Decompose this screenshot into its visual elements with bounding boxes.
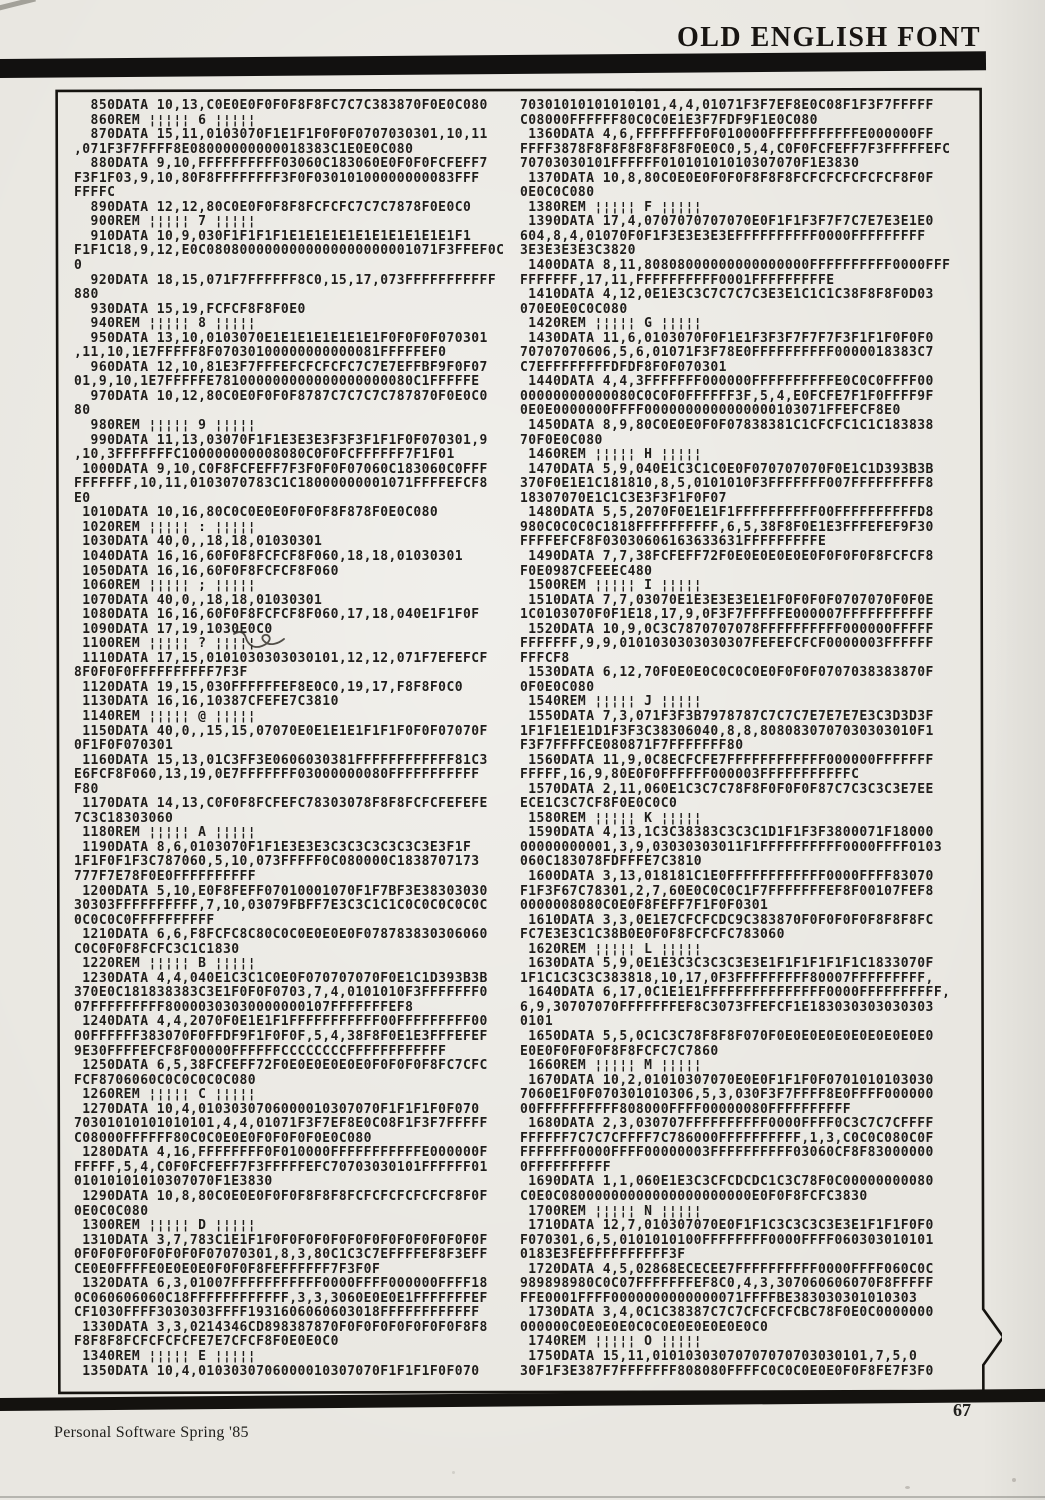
code-line: 950DATA 13,10,0103070E1E1E1E1E1E1E1F0F0F…: [74, 332, 504, 347]
code-line: 1480DATA 5,5,2070F0E1E1F1FFFFFFFFFF00FFF…: [520, 506, 950, 521]
code-line: 00000000000080C0C0F0FFFFFF3F,5,4,E0FCFE7…: [520, 390, 950, 405]
code-line: 00FFFFFF383070F0FFDF9F1F0F0F,5,4,38F8F0E…: [74, 1030, 504, 1045]
code-line: 000000C0E0E0E0C0C0E0E0E0E0E0C0: [520, 1321, 950, 1336]
code-line: F8F8F8FCFCFCFCFE7E7CFCF8F0E0E0C0: [74, 1335, 504, 1350]
code-line: 1070DATA 40,0,,18,18,01030301: [74, 594, 504, 609]
code-line: 1510DATA 7,7,03070E1E3E3E3E1E1F0F0F0F070…: [520, 594, 950, 609]
code-line: 1050DATA 16,16,60F0F8FCFCF8F060: [74, 565, 504, 580]
code-line: 1400DATA 8,11,80808000000000000000FFFFFF…: [520, 259, 950, 274]
code-line: 1320DATA 6,3,01007FFFFFFFFFFF0000FFFF000…: [74, 1277, 504, 1292]
code-line: 1350DATA 10,4,0103030706000010307070F1F1…: [74, 1365, 504, 1380]
code-line: C08000FFFFFF80C0C0E0E0F0F0F0F0E0C080: [74, 1132, 504, 1147]
code-line: 1280DATA 4,16,FFFFFFFF0F010000FFFFFFFFFF…: [74, 1146, 504, 1161]
code-line: 0C0C0C0FFFFFFFFFF: [74, 914, 504, 929]
code-line: F070301,6,5,0101010100FFFFFFFF0000FFFF06…: [520, 1234, 950, 1249]
code-line: 1360DATA 4,6,FFFFFFFF0F010000FFFFFFFFFFF…: [520, 128, 950, 143]
code-line: 1060REM ¦¦¦¦¦ ; ¦¦¦¦¦: [74, 579, 504, 594]
code-line: 1470DATA 5,9,040E1C3C1C0E0F070707070F0E1…: [520, 463, 950, 478]
code-line: 6,9,30707070FFFFFFFEF8C3073FFEFCF1E18303…: [520, 1001, 950, 1016]
code-line: 0F1F0F070301: [74, 739, 504, 754]
code-line: C08000FFFFFF80C0C0E1E3F7FDF9F1E0C080: [520, 114, 950, 129]
code-line: 910DATA 10,9,030F1F1F1F1E1E1E1E1E1E1E1E1…: [74, 230, 504, 245]
code-line: 18307070E1C1C3E3F3F1F0F07: [520, 492, 950, 507]
code-line: FFE0001FFFF0000000000000071FFFFBE3830303…: [520, 1292, 950, 1307]
code-line: 1720DATA 4,5,02868ECECEE7FFFFFFFFFF0000F…: [520, 1263, 950, 1278]
code-line: E0E0F0F0F0F8F8FCFC7C7860: [520, 1045, 950, 1060]
code-line: 1080DATA 16,16,60F0F8FCFCF8F060,17,18,04…: [74, 608, 504, 623]
listing-column-left: 850DATA 10,13,C0E0E0F0F0F8F8FC7C7C383870…: [74, 99, 504, 1379]
code-listing-box: 850DATA 10,13,C0E0E0F0F0F8F8FC7C7C383870…: [56, 88, 982, 1392]
code-line: 0F0E0C080: [520, 681, 950, 696]
code-line: FC7E3E3C1C38B0E0F0F8FCFCFC783060: [520, 928, 950, 943]
code-line: 1040DATA 16,16,60F0F8FCFCF8F060,18,18,01…: [74, 550, 504, 565]
code-line: FFFF3878F8F8F8F8F8F8F0E0C0,5,4,C0F0FCFEF…: [520, 143, 950, 158]
scan-speck: [905, 1486, 910, 1489]
code-line: 1660REM ¦¦¦¦¦ M ¦¦¦¦¦: [520, 1059, 950, 1074]
code-line: 1500REM ¦¦¦¦¦ I ¦¦¦¦¦: [520, 579, 950, 594]
code-line: 01010101010307070F1E3830: [74, 1175, 504, 1190]
page-number: 67: [953, 1400, 971, 1421]
code-line: CE0E0FFFFE0E0E0E0F0F0F8FEFFFFFF7F3F0F: [74, 1263, 504, 1278]
code-line: 1390DATA 17,4,0707070707070E0F1F1F3F7F7C…: [520, 215, 950, 230]
page-title: OLD ENGLISH FONT: [677, 22, 981, 54]
code-line: 1000DATA 9,10,C0F8FCFEFF7F3F0F0F07060C18…: [74, 463, 504, 478]
code-line: 1110DATA 17,15,0101030303030101,12,12,07…: [74, 652, 504, 667]
magazine-page: OLD ENGLISH FONT 850DATA 10,13,C0E0E0F0F…: [0, 0, 1045, 1500]
code-line: 960DATA 12,10,81E3F7FFFEFCFCFCFC7C7E7EFF…: [74, 361, 504, 376]
code-line: FFFFFFF,9,9,0101030303030307FEFEFCFCF000…: [520, 637, 950, 652]
code-line: 7C3C18303060: [74, 812, 504, 827]
code-line: 1440DATA 4,4,3FFFFFFF000000FFFFFFFFFFE0C…: [520, 375, 950, 390]
code-line: F1F1C18,9,12,E0C080800000000000000000000…: [74, 244, 504, 259]
code-line: 1620REM ¦¦¦¦¦ L ¦¦¦¦¦: [520, 943, 950, 958]
code-line: 1100REM ¦¦¦¦¦ ? ¦¦¦¦¦: [74, 637, 504, 652]
code-line: 980C0C0C0C1818FFFFFFFFFF,6,5,38F8F0E1E3F…: [520, 521, 950, 536]
code-line: 1310DATA 3,7,783C1E1F1F0F0F0F0F0F0F0F0F0…: [74, 1234, 504, 1249]
code-line: FFFFFFF0000FFFF00000003FFFFFFFFFF03060CF…: [520, 1146, 950, 1161]
code-line: 1490DATA 7,7,38FCFEFF72F0E0E0E0E0E0F0F0F…: [520, 550, 950, 565]
code-line: 1410DATA 4,12,0E1E3C3C7C7C7C3E3E1C1C1C38…: [520, 288, 950, 303]
code-line: 0183E3FEFFFFFFFFFF3F: [520, 1248, 950, 1263]
code-line: 1170DATA 14,13,C0F0F8FCFEFC78303078F8F8F…: [74, 797, 504, 812]
code-line: 1700REM ¦¦¦¦¦ N ¦¦¦¦¦: [520, 1205, 950, 1220]
code-line: 980REM ¦¦¦¦¦ 9 ¦¦¦¦¦: [74, 419, 504, 434]
code-line: 1600DATA 3,13,018181C1E0FFFFFFFFFFFF0000…: [520, 870, 950, 885]
code-line: 30303FFFFFFFFFF,7,10,03079FBFF7E3C3C1C1C…: [74, 899, 504, 914]
code-line: 70301010101010101,4,4,01071F3F7EF8E0C08F…: [520, 99, 950, 114]
code-line: 070E0E0C0C080: [520, 303, 950, 318]
code-line: 1250DATA 6,5,38FCFEFF72F0E0E0E0E0E0F0F0F…: [74, 1059, 504, 1074]
code-line: 1380REM ¦¦¦¦¦ F ¦¦¦¦¦: [520, 201, 950, 216]
code-line: 1C0103070F0F1E18,17,9,0F3F7FFFFFE000007F…: [520, 608, 950, 623]
code-line: 80: [74, 404, 504, 419]
code-line: C7EFFFFFFFFDFDF8F0F070301: [520, 361, 950, 376]
footer-publication-label: Personal Software Spring '85: [54, 1424, 249, 1442]
code-line: 1740REM ¦¦¦¦¦ O ¦¦¦¦¦: [520, 1335, 950, 1350]
code-line: 1630DATA 5,9,0E1E3C3C3C3C3E3E1F1F1F1F1F1…: [520, 957, 950, 972]
code-line: 0: [74, 259, 504, 274]
code-line: CF1030FFFF3030303FFFF1931606060603018FFF…: [74, 1306, 504, 1321]
code-line: 1640DATA 6,17,0C1E1E1FFFFFFFFFFFFFFF0000…: [520, 986, 950, 1001]
code-line: 940REM ¦¦¦¦¦ 8 ¦¦¦¦¦: [74, 317, 504, 332]
scan-speck: [452, 1471, 455, 1474]
footer-black-bar: [0, 1389, 1045, 1411]
code-line: 777F7E78F0E0FFFFFFFFFF: [74, 870, 504, 885]
code-line: 1290DATA 10,8,80C0E0E0F0F0F8F8F8FCFCFCFC…: [74, 1190, 504, 1205]
code-line: 1140REM ¦¦¦¦¦ @ ¦¦¦¦¦: [74, 710, 504, 725]
code-line: 30F1F3E387F7FFFFFFF808080FFFFC0C0C0E0E0F…: [520, 1365, 950, 1380]
code-line: 1670DATA 10,2,01010307070E0E0F1F1F0F0701…: [520, 1074, 950, 1089]
code-line: 0E0C0C080: [520, 186, 950, 201]
code-line: ,071F3F7FFFF8E08000000000018383C1E0E0C08…: [74, 143, 504, 158]
code-line: F1F3F67C78301,2,7,60E0C0C0C1F7FFFFFFFEF8…: [520, 885, 950, 900]
code-line: FFFFFFF,10,11,0103070783C1C1800000000107…: [74, 477, 504, 492]
code-line: ,10,3FFFFFFFC100000000008080C0F0FCFFFFFF…: [74, 448, 504, 463]
code-line: 3E3E3E3E3C3820: [520, 244, 950, 259]
code-line: C0E0C08000000000000000000000E0F0F8FCFC38…: [520, 1190, 950, 1205]
code-line: FFFFFF7C7C7CFFFF7C786000FFFFFFFFFF,1,3,C…: [520, 1132, 950, 1147]
code-line: 1120DATA 19,15,030FFFFFFEF8E0C0,19,17,F8…: [74, 681, 504, 696]
code-line: 8F0F0F0FFFFFFFFFF7F3F: [74, 666, 504, 681]
code-line: FCF8706060C0C0C0C0C080: [74, 1074, 504, 1089]
code-line: 1200DATA 5,10,E0F8FEFF07010001070F1F7BF3…: [74, 885, 504, 900]
code-line: 1520DATA 10,9,0C3C7870707078FFFFFFFFFF00…: [520, 623, 950, 638]
code-line: F3F7FFFFCE080871F7FFFFFFF80: [520, 739, 950, 754]
code-line: F0E0987CFEEEC480: [520, 565, 950, 580]
code-line: 370E0C181838383C3E1F0F0F0703,7,4,0101010…: [74, 986, 504, 1001]
code-line: 1710DATA 12,7,010307070E0F1F1C3C3C3C3E3E…: [520, 1219, 950, 1234]
code-line: 9E30FFFFEFCF8F00000FFFFFFCCCCCCCCFFFFFFF…: [74, 1045, 504, 1060]
code-line: 1130DATA 16,16,10387CFEFE7C3810: [74, 695, 504, 710]
code-line: ,11,10,1E7FFFFF8F07030100000000000081FFF…: [74, 346, 504, 361]
code-line: 1430DATA 11,6,0103070F0F1E1F3F3F7F7F7F3F…: [520, 332, 950, 347]
code-line: 1590DATA 4,13,1C3C38383C3C3C1D1F1F3F3800…: [520, 826, 950, 841]
code-line: 1030DATA 40,0,,18,18,01030301: [74, 535, 504, 550]
code-line: 1530DATA 6,12,70F0E0E0C0C0C0E0F0F0F07070…: [520, 666, 950, 681]
code-line: F3F1F03,9,10,80F8FFFFFFFF3F0F03010100000…: [74, 172, 504, 187]
code-line: 1210DATA 6,6,F8FCFC8C80C0C0E0E0E0F078783…: [74, 928, 504, 943]
code-line: 01,9,10,1E7FFFFFE78100000000000000000008…: [74, 375, 504, 390]
code-line: 1330DATA 3,3,0214346CD898387870F0F0F0F0F…: [74, 1321, 504, 1336]
code-line: 1090DATA 17,19,1030E0C0: [74, 623, 504, 638]
code-line: 1540REM ¦¦¦¦¦ J ¦¦¦¦¦: [520, 695, 950, 710]
code-line: 880DATA 9,10,FFFFFFFFFF03060C183060E0F0F…: [74, 157, 504, 172]
code-line: ECE1C3C7CF8F0E0C0C0: [520, 797, 950, 812]
code-line: 1190DATA 8,6,0103070F1F1E3E3E3C3C3C3C3C3…: [74, 841, 504, 856]
code-line: 1180REM ¦¦¦¦¦ A ¦¦¦¦¦: [74, 826, 504, 841]
code-line: 1150DATA 40,0,,15,15,07070E0E1E1E1F1F1F0…: [74, 725, 504, 740]
code-line: F80: [74, 783, 504, 798]
code-line: 7060E1F0F070301010306,5,3,030F3F7FFFF8E0…: [520, 1088, 950, 1103]
code-line: 00FFFFFFFFFF808000FFFF00000080FFFFFFFFFF: [520, 1103, 950, 1118]
code-line: 0101: [520, 1015, 950, 1030]
code-line: 370F0E1E1C181810,8,5,0101010F3FFFFFFF007…: [520, 477, 950, 492]
code-line: 970DATA 10,12,80C0E0F0F0F8787C7C7C7C7878…: [74, 390, 504, 405]
code-line: 70703030101FFFFFF01010101010307070F1E383…: [520, 157, 950, 172]
code-line: 890DATA 12,12,80C0E0F0F8F8FCFCFC7C7C7878…: [74, 201, 504, 216]
code-line: FFFFC: [74, 186, 504, 201]
code-line: 1010DATA 10,16,80C0C0E0E0F0F0F8F878F0E0C…: [74, 506, 504, 521]
code-line: 1020REM ¦¦¦¦¦ : ¦¦¦¦¦: [74, 521, 504, 536]
code-line: 880: [74, 288, 504, 303]
code-line: 1F1F0F1F3C787060,5,10,073FFFFF0C080000C1…: [74, 855, 504, 870]
code-line: 604,8,4,01070F0F1F3E3E3E3EFFFFFFFFFF0000…: [520, 230, 950, 245]
code-line: 0F0F0F0F0F0F0F0F07070301,8,3,80C1C3C7EFF…: [74, 1248, 504, 1263]
code-line: 1650DATA 5,5,0C1C3C78F8F8F070F0E0E0E0E0E…: [520, 1030, 950, 1045]
code-line: 0C060606060C18FFFFFFFFFFFF,3,3,3060E0E0E…: [74, 1292, 504, 1307]
code-line: 00000000001,3,9,03030303011F1FFFFFFFFFF0…: [520, 841, 950, 856]
code-line: 1420REM ¦¦¦¦¦ G ¦¦¦¦¦: [520, 317, 950, 332]
code-line: 70301010101010101,4,4,01071F3F7EF8E0C08F…: [74, 1117, 504, 1132]
code-line: 0E0E0000000FFFF0000000000000000103071FFE…: [520, 404, 950, 419]
code-line: FFFCF8: [520, 652, 950, 667]
code-line: 1750DATA 15,11,0101030307070707070303010…: [520, 1350, 950, 1365]
code-line: 1340REM ¦¦¦¦¦ E ¦¦¦¦¦: [74, 1350, 504, 1365]
scan-bottom-edge: [0, 1496, 1045, 1498]
code-line: 989898980C0C07FFFFFFFEF8C0,4,3,307060606…: [520, 1277, 950, 1292]
code-line: 870DATA 15,11,0103070F1E1F1F0F0F07070303…: [74, 128, 504, 143]
code-line: 1F1F1E1E1D1F3F3C38306040,8,8,80808307070…: [520, 725, 950, 740]
code-line: 1230DATA 4,4,040E1C3C1C0E0F070707070F0E1…: [74, 972, 504, 987]
code-line: 1730DATA 3,4,0C1C38387C7C7CFCFCFCBC78F0E…: [520, 1306, 950, 1321]
code-line: 930DATA 15,19,FCFCF8F8F0E0: [74, 303, 504, 318]
header-black-bar: [0, 51, 986, 78]
code-line: 1F1C1C3C3C383818,10,17,0F3FFFFFFFFF80007…: [520, 972, 950, 987]
scan-speck: [1012, 1478, 1016, 1482]
code-line: 70F0E0C080: [520, 434, 950, 449]
code-line: 920DATA 18,15,071F7FFFFFF8C0,15,17,073FF…: [74, 274, 504, 289]
code-line: 1450DATA 8,9,80C0E0E0F0F07838381C1CFCFC1…: [520, 419, 950, 434]
code-line: 1680DATA 2,3,030707FFFFFFFFFF0000FFFF0C3…: [520, 1117, 950, 1132]
code-line: 1220REM ¦¦¦¦¦ B ¦¦¦¦¦: [74, 957, 504, 972]
code-line: E0: [74, 492, 504, 507]
code-line: 1560DATA 11,9,0C8ECFCFE7FFFFFFFFFFFF0000…: [520, 754, 950, 769]
code-line: 07FFFFFFFFF80000303030000000107FFFFFFFEF…: [74, 1001, 504, 1016]
code-line: 1580REM ¦¦¦¦¦ K ¦¦¦¦¦: [520, 812, 950, 827]
code-line: FFFFEFCF8F03030606163633631FFFFFFFFFE: [520, 535, 950, 550]
code-line: E6FCF8F060,13,19,0E7FFFFFFF03000000080FF…: [74, 768, 504, 783]
code-line: 1610DATA 3,3,0E1E7CFCFCDC9C383870F0F0F0F…: [520, 914, 950, 929]
code-line: 1550DATA 7,3,071F3F3B7978787C7C7C7E7E7E7…: [520, 710, 950, 725]
code-line: 70707070606,5,6,01071F3F78E0FFFFFFFFFF00…: [520, 346, 950, 361]
code-line: 990DATA 11,13,03070F1F1E3E3E3F3F3F1F1F0F…: [74, 434, 504, 449]
code-line: 1160DATA 15,13,01C3FF3E0606030381FFFFFFF…: [74, 754, 504, 769]
code-line: 1240DATA 4,4,2070F0E1E1F1FFFFFFFFFFF00FF…: [74, 1015, 504, 1030]
code-line: 0E0C0C080: [74, 1205, 504, 1220]
code-line: 0FFFFFFFFFF: [520, 1161, 950, 1176]
code-line: 900REM ¦¦¦¦¦ 7 ¦¦¦¦¦: [74, 215, 504, 230]
listing-column-right: 70301010101010101,4,4,01071F3F7EF8E0C08F…: [520, 99, 950, 1379]
code-line: FFFFFFF,17,11,FFFFFFFFFF0001FFFFFFFFFE: [520, 274, 950, 289]
code-line: 860REM ¦¦¦¦¦ 6 ¦¦¦¦¦: [74, 114, 504, 129]
pen-mark-squiggle: [232, 628, 288, 654]
code-line: 1300REM ¦¦¦¦¦ D ¦¦¦¦¦: [74, 1219, 504, 1234]
code-line: C0C0F0F8FCFC3C1C1830: [74, 943, 504, 958]
code-line: 850DATA 10,13,C0E0E0F0F0F8F8FC7C7C383870…: [74, 99, 504, 114]
code-line: FFFFF,16,9,80E0F0FFFFFF000003FFFFFFFFFFF…: [520, 768, 950, 783]
code-line: 1260REM ¦¦¦¦¦ C ¦¦¦¦¦: [74, 1088, 504, 1103]
scan-corner-artifact: [0, 0, 36, 12]
code-line: 1570DATA 2,11,060E1C3C7C78F8F0F0F0F87C7C…: [520, 783, 950, 798]
code-line: 1270DATA 10,4,0103030706000010307070F1F1…: [74, 1103, 504, 1118]
code-line: 1690DATA 1,1,060E1E3C3CFCDCDC1C3C78F0C00…: [520, 1175, 950, 1190]
code-line: 0000008080C0E0F8FEFF7F1F0F0301: [520, 899, 950, 914]
code-line: 060C183078FDFFFE7C3810: [520, 855, 950, 870]
code-line: FFFFF,5,4,C0F0FCFEFF7F3FFFFFEFC707030301…: [74, 1161, 504, 1176]
code-line: 1370DATA 10,8,80C0E0E0F0F0F8F8F8FCFCFCFC…: [520, 172, 950, 187]
code-line: 1460REM ¦¦¦¦¦ H ¦¦¦¦¦: [520, 448, 950, 463]
